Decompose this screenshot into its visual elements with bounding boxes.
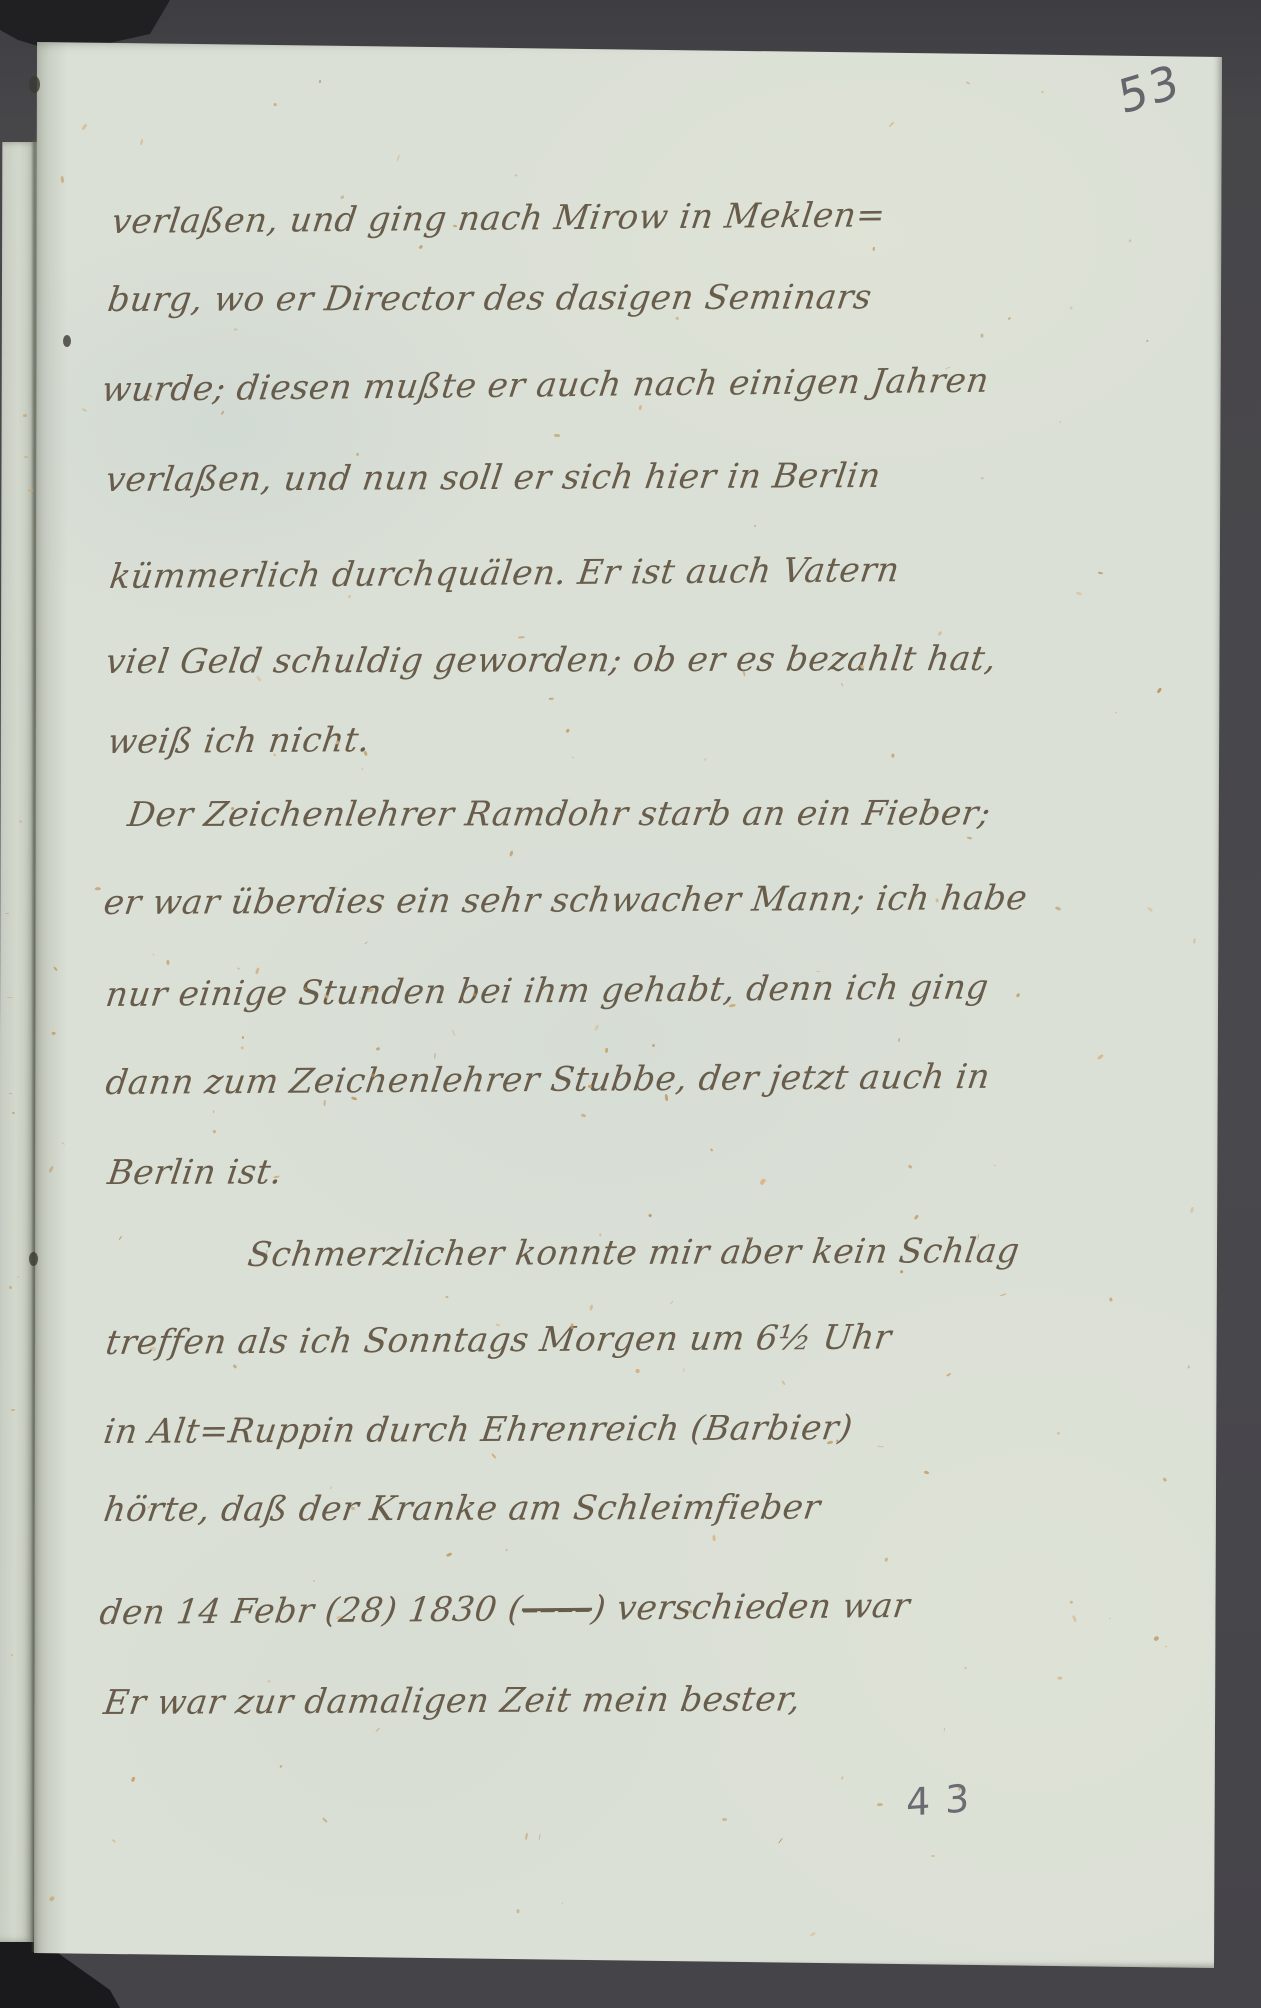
paper-speck: [891, 754, 894, 758]
paper-speck: [636, 1369, 640, 1373]
paper-speck: [873, 246, 875, 250]
paper-speck: [19, 820, 22, 823]
handwriting-line: Schmerzlicher konnte mir aber kein Schla…: [245, 1231, 1022, 1275]
paper-speck: [23, 414, 27, 417]
paper-speck: [95, 886, 101, 890]
paper-speck: [28, 489, 33, 491]
paper-speck: [434, 1053, 435, 1059]
handwriting-line: viel Geld schuldig geworden; ob er es be…: [103, 639, 999, 682]
paper-speck: [682, 1368, 684, 1372]
handwriting-line: weiß ich nicht.: [105, 720, 372, 762]
page-number-bottom: 43: [906, 1775, 984, 1825]
paper-speck: [318, 79, 320, 83]
page-number-top: 53: [1115, 53, 1184, 125]
paper-speck: [554, 433, 561, 436]
handwriting-line: den 14 Febr (28) 1830 (––––) verschieden…: [97, 1586, 912, 1633]
handwriting-line: verlaßen, und ging nach Mirow in Meklen=: [109, 195, 888, 242]
struck-out-word: ––––: [519, 1589, 594, 1630]
crease-stain: [63, 335, 71, 347]
manuscript-scan: 53 verlaßen, und ging nach Mirow in Mekl…: [0, 0, 1261, 2008]
handwriting-line: Der Zeichenlehrer Ramdohr starb an ein F…: [125, 793, 993, 835]
paper-speck: [351, 1506, 355, 1509]
crease-stain: [29, 1252, 38, 1266]
paper-speck: [516, 1909, 519, 1913]
handwriting-line: in Alt=Ruppin durch Ehrenreich (Barbier): [101, 1408, 855, 1452]
handwriting-line: hörte, daß der Kranke am Schleimfieber: [101, 1487, 823, 1530]
handwriting-line: burg, wo er Director des dasigen Seminar…: [105, 277, 874, 320]
handwriting-line: wurde; diesen mußte er auch nach einigen…: [99, 361, 991, 410]
handwriting-line: verlaßen, und nun soll er sich hier in B…: [103, 456, 883, 500]
paper-speck: [9, 1286, 12, 1288]
paper-speck: [60, 176, 64, 183]
handwriting-line: Berlin ist.: [105, 1152, 285, 1193]
crease-stain: [29, 76, 40, 93]
paper-speck: [1187, 1365, 1190, 1369]
paper-speck: [172, 1707, 173, 1714]
paper-speck: [5, 913, 8, 915]
paper-speck: [9, 1093, 12, 1094]
paper-speck: [212, 1129, 216, 1133]
handwriting-line: nur einige Stunden bei ihm gehabt, denn …: [103, 967, 991, 1015]
paper-speck: [931, 1855, 935, 1857]
manuscript-page: 53 verlaßen, und ging nach Mirow in Mekl…: [34, 40, 1223, 1969]
paper-speck: [348, 595, 351, 598]
handwriting-line: dann zum Zeichenlehrer Stubbe, der jetzt…: [103, 1057, 992, 1103]
handwriting-line: kümmerlich durchquälen. Er ist auch Vate…: [107, 550, 902, 597]
paper-speck: [24, 456, 28, 458]
paper-speck: [959, 1787, 961, 1790]
paper-speck: [980, 333, 983, 337]
handwriting-line: er war überdies ein sehr schwacher Mann;…: [101, 878, 1029, 923]
handwriting-line: Er war zur damaligen Zeit mein bester,: [101, 1679, 803, 1723]
paper-speck: [638, 405, 642, 410]
